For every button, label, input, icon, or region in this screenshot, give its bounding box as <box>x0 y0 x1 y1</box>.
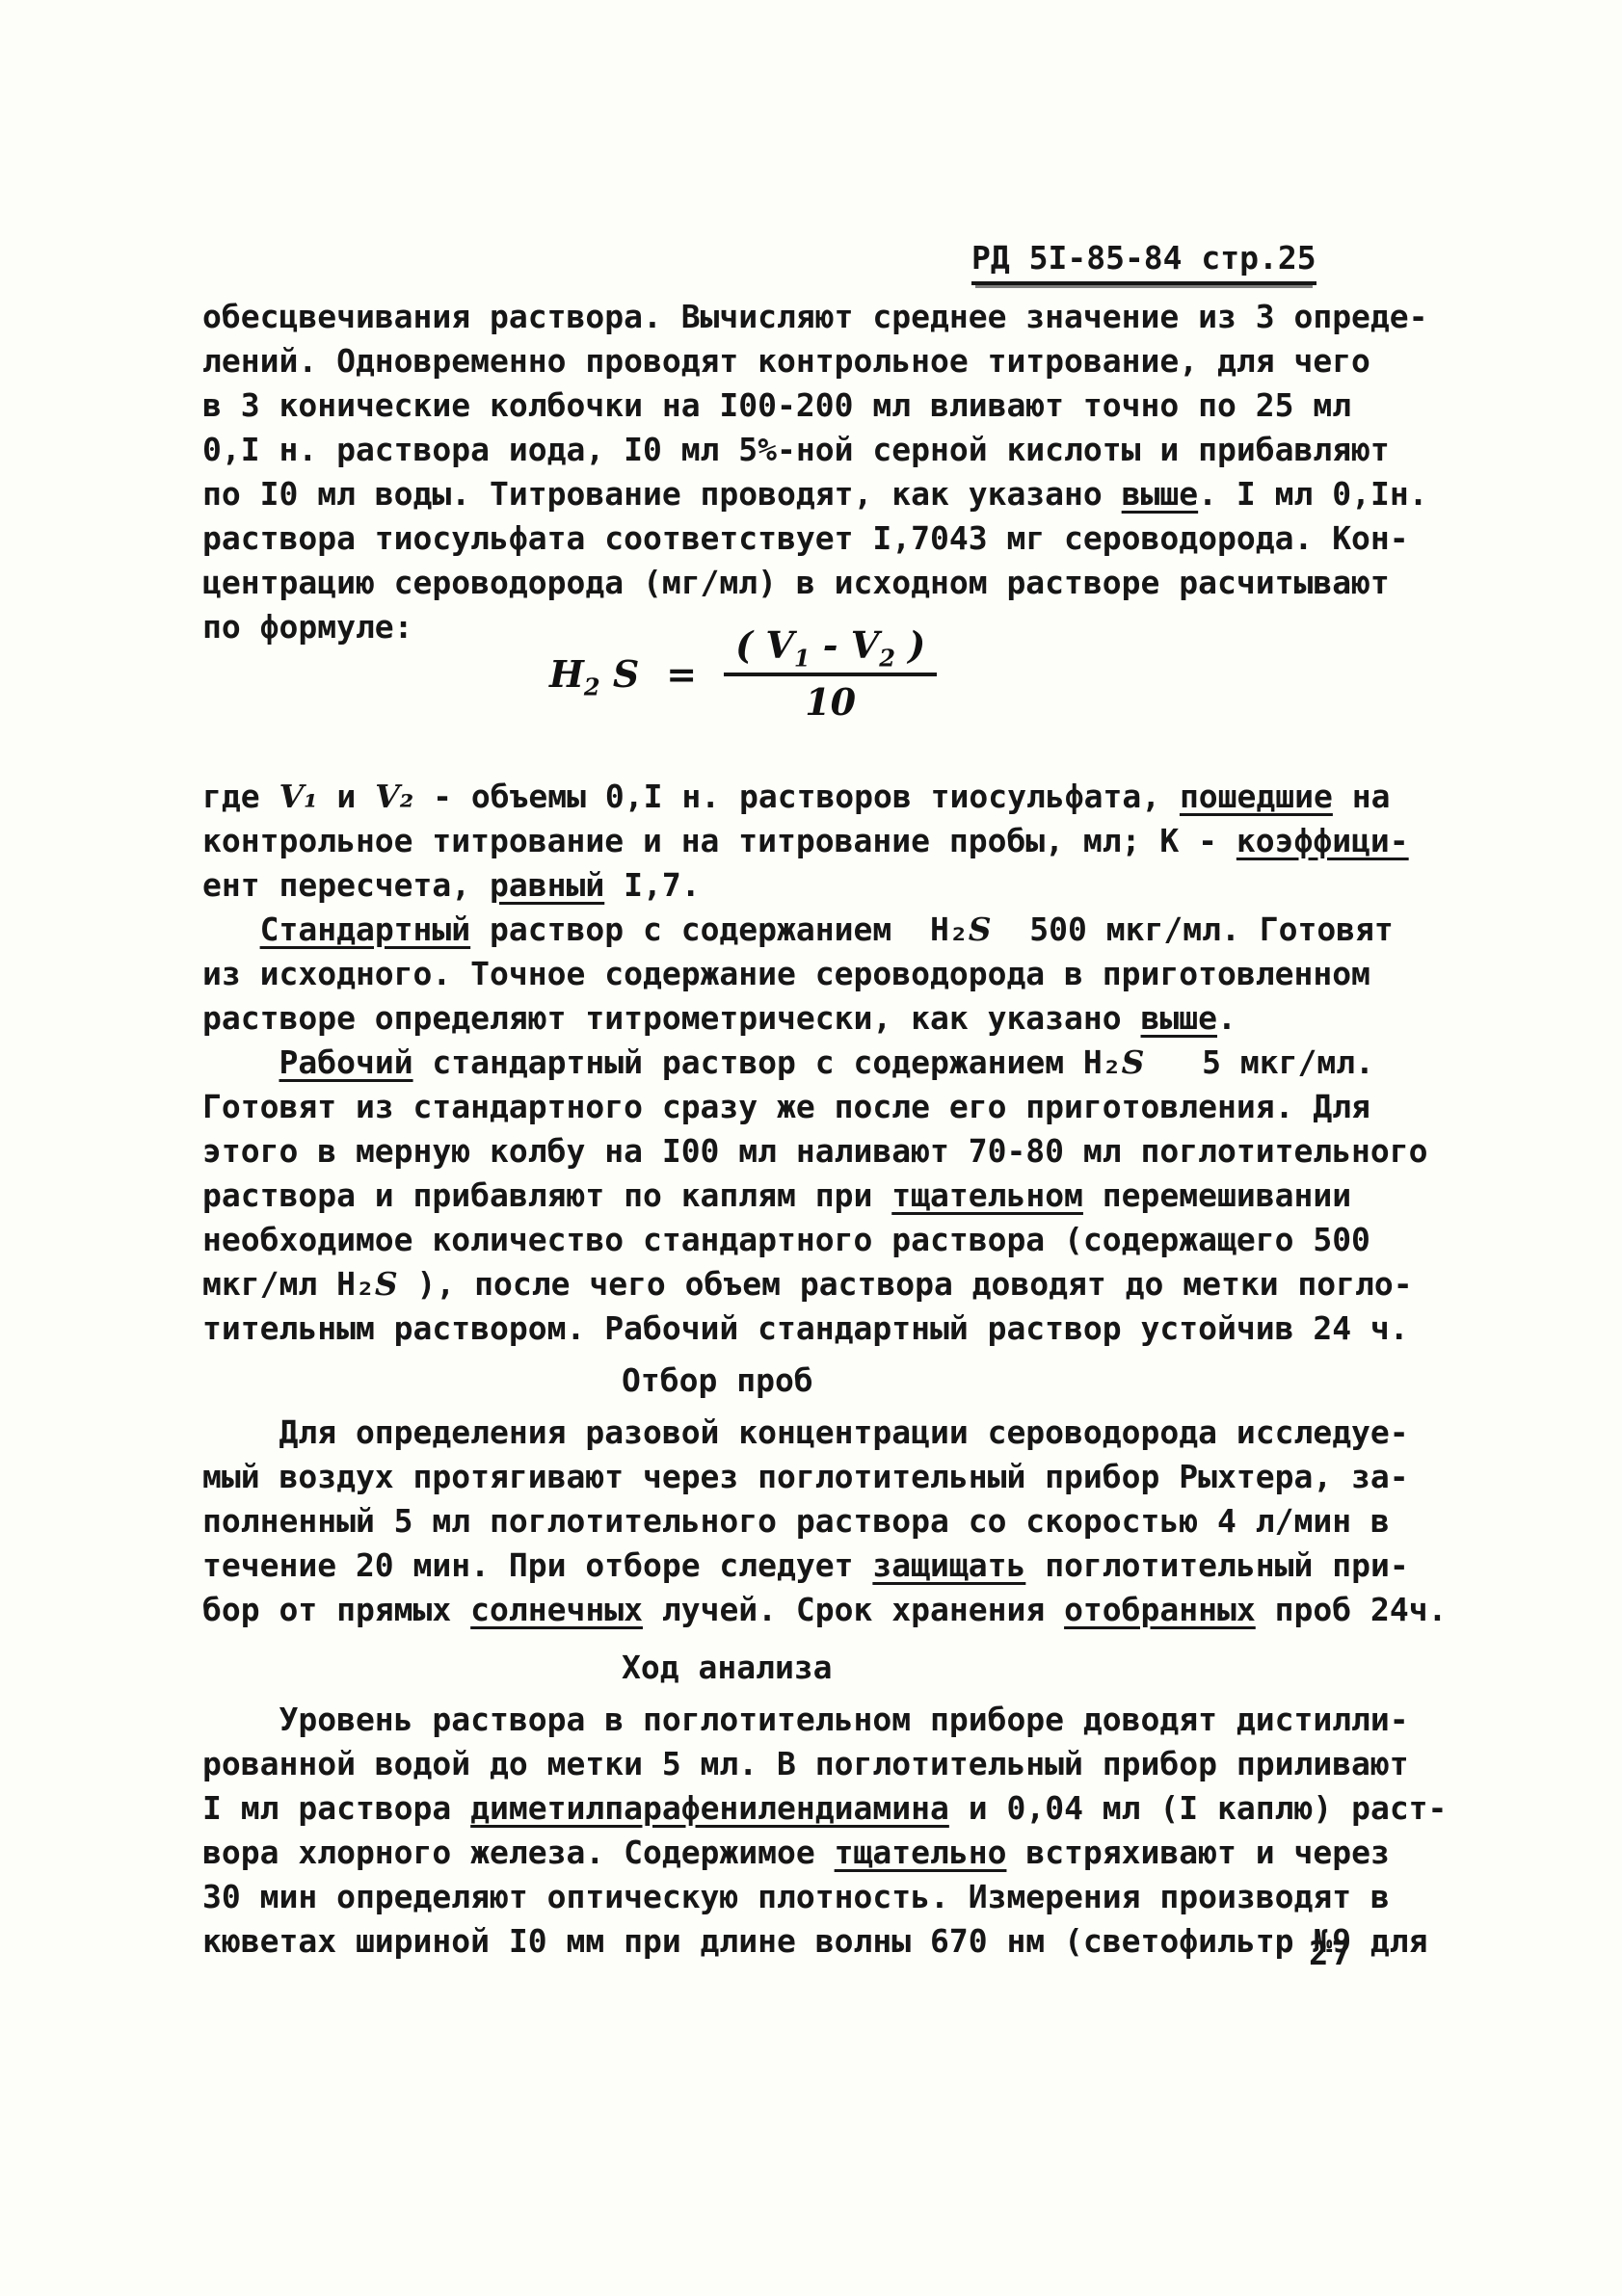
text-segment: полненный 5 мл поглотительного раствора … <box>202 1502 1390 1540</box>
text-segment: где <box>202 778 279 815</box>
text-line: Для определения разовой концентрации сер… <box>202 1411 1532 1455</box>
page-number: 27 <box>1309 1935 1354 1973</box>
section-heading-analysis: Ход анализа <box>622 1646 1532 1690</box>
fraction-denominator: 10 <box>805 676 856 724</box>
text-segment: S <box>375 1265 398 1303</box>
text-segment: Стандартный <box>260 910 471 948</box>
text-segment: лучей. Срок хранения <box>643 1591 1064 1628</box>
text-segment: Для определения разовой концентрации сер… <box>202 1413 1409 1451</box>
text-segment: необходимое количество стандартного раст… <box>202 1221 1370 1258</box>
equals-sign: = <box>666 652 697 696</box>
text-line: Рабочий стандартный раствор с содержание… <box>202 1041 1532 1085</box>
text-segment: по формуле: <box>202 608 413 646</box>
text-segment: мый воздух протягивают через поглотитель… <box>202 1458 1409 1495</box>
text-line: Стандартный раствор с содержанием H₂S 50… <box>202 908 1532 952</box>
text-segment: I мл раствора <box>202 1789 470 1827</box>
text-segment: из исходного. Точное содержание сероводо… <box>202 955 1370 992</box>
text-line: обесцвечивания раствора. Вычисляют средн… <box>202 295 1532 339</box>
text-segment: тительным раствором. Рабочий стандартный… <box>202 1309 1409 1347</box>
text-segment: Готовят из стандартного сразу же после е… <box>202 1088 1370 1125</box>
formula-h: H <box>549 652 584 696</box>
text-segment: равный <box>490 866 604 904</box>
text-segment: V₂ <box>375 778 413 815</box>
text-segment: раствор с содержанием H₂ <box>470 910 969 948</box>
text-segment: . I мл 0,Iн. <box>1198 475 1427 513</box>
text-segment: тщательном <box>891 1176 1083 1214</box>
text-segment: I,7. <box>604 866 700 904</box>
text-line: полненный 5 мл поглотительного раствора … <box>202 1499 1532 1544</box>
text-line: необходимое количество стандартного раст… <box>202 1218 1532 1262</box>
text-segment: выше <box>1122 475 1198 513</box>
text-segment <box>202 910 260 948</box>
text-line: растворе определяют титрометрически, как… <box>202 996 1532 1041</box>
text-segment: по I0 мл воды. Титрование проводят, как … <box>202 475 1122 513</box>
text-segment: растворе определяют титрометрически, как… <box>202 999 1141 1037</box>
paragraph-block-intro: обесцвечивания раствора. Вычисляют средн… <box>202 295 1532 649</box>
text-segment: лений. Одновременно проводят контрольное… <box>202 342 1370 380</box>
text-segment: 30 мин определяют оптическую плотность. … <box>202 1878 1390 1915</box>
text-segment: кюветах шириной I0 мм при длине волны 67… <box>202 1922 1428 1960</box>
text-segment: . <box>1217 999 1236 1037</box>
text-segment: раствора тиосульфата соответствует I,704… <box>202 519 1409 557</box>
text-line: раствора тиосульфата соответствует I,704… <box>202 516 1532 561</box>
text-line: где V₁ и V₂ - объемы 0,I н. растворов ти… <box>202 775 1532 819</box>
text-segment: ), после чего объем раствора доводят до … <box>398 1265 1413 1303</box>
text-line: контрольное титрование и на титрование п… <box>202 819 1532 863</box>
text-segment: отобранных <box>1064 1591 1256 1628</box>
text-segment: S <box>1122 1043 1145 1081</box>
text-segment: раствора и прибавляют по каплям при <box>202 1176 891 1214</box>
subscript: 2 <box>584 673 600 700</box>
text-segment: течение 20 мин. При отборе следует <box>202 1546 872 1584</box>
text-line: рованной водой до метки 5 мл. В поглотит… <box>202 1742 1532 1786</box>
text-segment: защищать <box>872 1546 1025 1584</box>
subscript: 2 <box>879 645 895 673</box>
text-line: Готовят из стандартного сразу же после е… <box>202 1085 1532 1129</box>
text-line: центрацию сероводорода (мг/мл) в исходно… <box>202 561 1532 605</box>
text-segment: 0,I н. раствора иода, I0 мл 5%-ной серно… <box>202 431 1390 468</box>
text-line: мкг/мл H₂S ), после чего объем раствора … <box>202 1262 1532 1306</box>
text-line: 0,I н. раствора иода, I0 мл 5%-ной серно… <box>202 428 1532 472</box>
text-segment: обесцвечивания раствора. Вычисляют средн… <box>202 298 1428 335</box>
text-segment: центрацию сероводорода (мг/мл) в исходно… <box>202 564 1390 601</box>
text-line: 30 мин определяют оптическую плотность. … <box>202 1875 1532 1919</box>
formula-h2s: H2 S = ( V1 - V2 ) 10 <box>549 623 1532 724</box>
text-segment: перемешивании <box>1083 1176 1351 1214</box>
section-heading-sampling: Отбор проб <box>622 1359 1532 1403</box>
text-segment: мкг/мл H₂ <box>202 1265 375 1303</box>
numerator-mid: - V <box>811 623 880 667</box>
text-segment: контрольное титрование и на титрование п… <box>202 822 1236 859</box>
text-line: раствора и прибавляют по каплям при тщат… <box>202 1174 1532 1218</box>
text-segment: солнечных <box>470 1591 643 1628</box>
document-reference: РД 5I-85-84 стр.25 <box>971 239 1316 285</box>
text-segment: и 0,04 мл (I каплю) раст- <box>949 1789 1448 1827</box>
text-segment: V₁ <box>279 778 317 815</box>
text-segment: выше <box>1141 999 1217 1037</box>
text-segment: на <box>1333 778 1391 815</box>
text-segment: встряхивают и через <box>1006 1834 1389 1871</box>
text-line: мый воздух протягивают через поглотитель… <box>202 1455 1532 1499</box>
text-segment: стандартный раствор с содержанием H₂ <box>413 1043 1122 1081</box>
paragraph-block-standard-solution: где V₁ и V₂ - объемы 0,I н. растворов ти… <box>202 775 1532 1351</box>
text-segment: ент пересчета, <box>202 866 490 904</box>
paragraph-block-analysis: Уровень раствора в поглотительном прибор… <box>202 1698 1532 1964</box>
fraction-numerator: ( V1 - V2 ) <box>724 623 937 676</box>
text-segment: 500 мкг/мл. Готовят <box>992 910 1394 948</box>
text-segment: 5 мкг/мл. <box>1145 1043 1374 1081</box>
text-segment: Уровень раствора в поглотительном прибор… <box>202 1701 1409 1738</box>
text-segment: вора хлорного железа. Содержимое <box>202 1834 835 1871</box>
text-segment: пошедшие <box>1180 778 1333 815</box>
text-segment: коэффици- <box>1236 822 1409 859</box>
text-line: из исходного. Точное содержание сероводо… <box>202 952 1532 996</box>
text-segment: рованной водой до метки 5 мл. В поглотит… <box>202 1745 1409 1782</box>
text-line: этого в мерную колбу на I00 мл наливают … <box>202 1129 1532 1174</box>
scanned-document-page: РД 5I-85-84 стр.25 обесцвечивания раство… <box>0 0 1622 2296</box>
text-line: лений. Одновременно проводят контрольное… <box>202 339 1532 383</box>
text-line: Уровень раствора в поглотительном прибор… <box>202 1698 1532 1742</box>
numerator-open: ( V <box>735 623 794 667</box>
text-segment: бор от прямых <box>202 1591 470 1628</box>
text-line: вора хлорного железа. Содержимое тщатель… <box>202 1831 1532 1875</box>
text-segment: Рабочий <box>279 1043 412 1081</box>
numerator-close: ) <box>895 623 925 667</box>
formula-lhs: H2 S <box>549 652 639 696</box>
text-segment: этого в мерную колбу на I00 мл наливают … <box>202 1132 1428 1170</box>
text-segment: диметилпарафенилендиамина <box>470 1789 949 1827</box>
text-segment: в 3 конические колбочки на I00-200 мл вл… <box>202 386 1351 424</box>
text-segment <box>202 1043 279 1081</box>
text-segment: - объемы 0,I н. растворов тиосульфата, <box>413 778 1180 815</box>
subscript: 1 <box>794 645 811 673</box>
text-line: бор от прямых солнечных лучей. Срок хран… <box>202 1588 1532 1632</box>
text-segment: поглотительный при- <box>1025 1546 1408 1584</box>
paragraph-block-sampling: Для определения разовой концентрации сер… <box>202 1411 1532 1632</box>
fraction: ( V1 - V2 ) 10 <box>724 623 937 724</box>
text-segment: проб 24ч. <box>1256 1591 1448 1628</box>
text-line: по I0 мл воды. Титрование проводят, как … <box>202 472 1532 516</box>
text-line: I мл раствора диметилпарафенилендиамина … <box>202 1786 1532 1831</box>
text-line: в 3 конические колбочки на I00-200 мл вл… <box>202 383 1532 428</box>
text-segment: и <box>318 778 376 815</box>
text-line: ент пересчета, равный I,7. <box>202 863 1532 908</box>
text-line: течение 20 мин. При отборе следует защищ… <box>202 1544 1532 1588</box>
text-segment: S <box>969 910 992 948</box>
formula-s: S <box>613 652 639 696</box>
text-line: тительным раствором. Рабочий стандартный… <box>202 1306 1532 1351</box>
document-body: обесцвечивания раствора. Вычисляют средн… <box>202 295 1532 1964</box>
text-segment: тщательно <box>835 1834 1007 1871</box>
